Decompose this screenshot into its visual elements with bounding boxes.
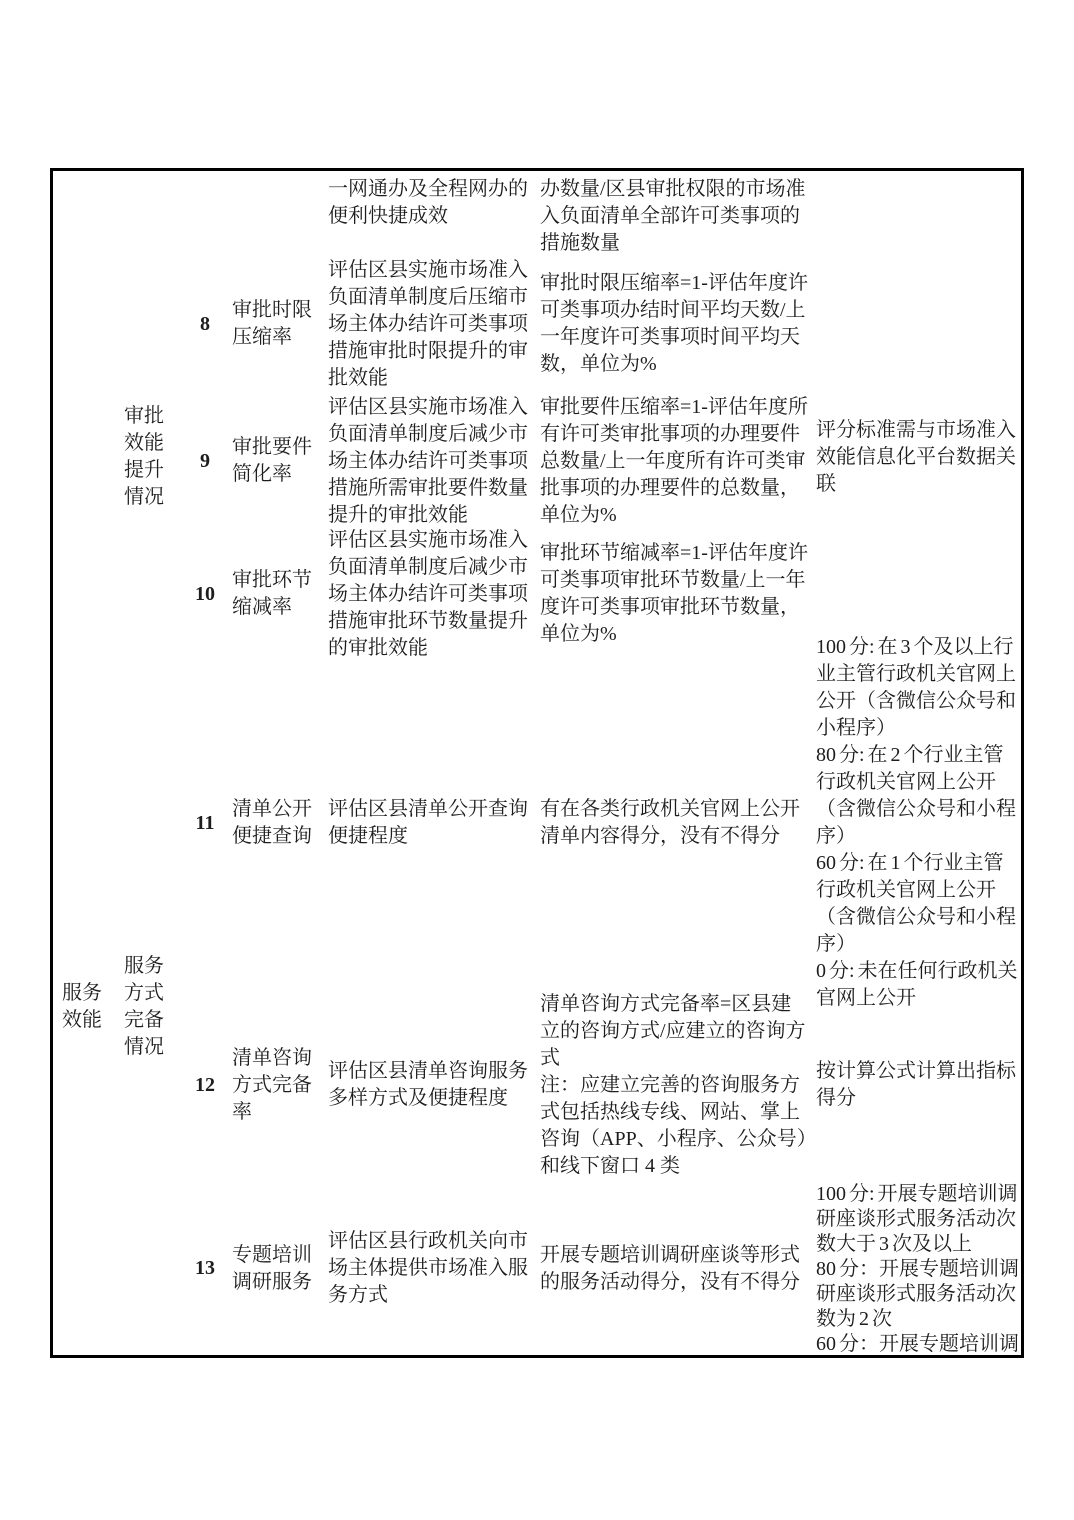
row-8-calculation-method: 审批时限压缩率=1-评估年度许可类事项办结时间平均天数/上一年度许可类事项时间平… [534, 256, 812, 392]
row-12-evaluation-content: 评估区县清单咨询服务多样方式及便捷程度 [326, 988, 534, 1182]
row-12-indicator-name: 清单咨询方式完备率 [228, 988, 326, 1182]
row-13-scoring-standard: 100 分: 开展专题培训调研座谈形式服务活动次数大于 3 次及以上 80 分：… [812, 1182, 1021, 1355]
row-13-evaluation-content: 评估区县行政机关向市场主体提供市场准入服务方式 [326, 1182, 534, 1355]
category-service-efficiency: 服务效能 [53, 658, 112, 1355]
row-10-number: 10 [182, 530, 228, 658]
row-11-calculation-method: 有在各类行政机关官网上公开清单内容得分，没有不得分 [534, 658, 812, 988]
row-12-calculation-method: 清单咨询方式完备率=区县建立的咨询方式/应建立的咨询方式 注：应建立完善的咨询服… [534, 988, 812, 1182]
row-13-number: 13 [182, 1182, 228, 1355]
row-8-number: 8 [182, 256, 228, 392]
row-12-scoring-standard: 按计算公式计算出指标得分 [812, 988, 1021, 1182]
row-13-indicator-name: 专题培训调研服务 [228, 1182, 326, 1355]
row-9-calculation-method: 审批要件压缩率=1-评估年度所有许可类审批事项的办理要件总数量/上一年度所有许可… [534, 392, 812, 530]
row-12-number: 12 [182, 988, 228, 1182]
row-13-calculation-method: 开展专题培训调研座谈等形式的服务活动得分，没有不得分 [534, 1182, 812, 1355]
row-10-indicator-name: 审批环节缩减率 [228, 530, 326, 658]
row-9-number: 9 [182, 392, 228, 530]
document-page: 一网通办及全程网办的便利快捷成效 办数量/区县审批权限的市场准入负面清单全部许可… [0, 0, 1074, 1520]
carryover-calculation-method: 办数量/区县审批权限的市场准入负面清单全部许可类事项的措施数量 [534, 171, 812, 256]
row-8-evaluation-content: 评估区县实施市场准入负面清单制度后压缩市场主体办结许可类事项措施审批时限提升的审… [326, 256, 534, 392]
row-10-calculation-method: 审批环节缩减率=1-评估年度许可类事项审批环节数量/上一年度许可类事项审批环节数… [534, 530, 812, 658]
row-9-indicator-name: 审批要件简化率 [228, 392, 326, 530]
row-9-evaluation-content: 评估区县实施市场准入负面清单制度后减少市场主体办结许可类事项措施所需审批要件数量… [326, 392, 534, 530]
indicator-table-grid: 一网通办及全程网办的便利快捷成效 办数量/区县审批权限的市场准入负面清单全部许可… [53, 171, 1021, 1355]
scoring-note-approval: 评分标准需与市场准入效能信息化平台数据关联 [812, 256, 1021, 658]
indicator-table: 一网通办及全程网办的便利快捷成效 办数量/区县审批权限的市场准入负面清单全部许可… [50, 168, 1024, 1358]
carryover-evaluation-content: 一网通办及全程网办的便利快捷成效 [326, 171, 534, 256]
subcategory-service-mode-completeness: 服务方式完备情况 [112, 658, 182, 1355]
row-11-indicator-name: 清单公开便捷查询 [228, 658, 326, 988]
row-10-evaluation-content: 评估区县实施市场准入负面清单制度后减少市场主体办结许可类事项措施审批环节数量提升… [326, 530, 534, 658]
row-11-number: 11 [182, 658, 228, 988]
row-11-evaluation-content: 评估区县清单公开查询便捷程度 [326, 658, 534, 988]
row-8-indicator-name: 审批时限压缩率 [228, 256, 326, 392]
subcategory-approval-efficiency-improvement: 审批效能提升情况 [112, 256, 182, 658]
row-11-scoring-standard: 100 分: 在 3 个及以上行业主管行政机关官网上公开（含微信公众号和小程序）… [812, 658, 1021, 988]
